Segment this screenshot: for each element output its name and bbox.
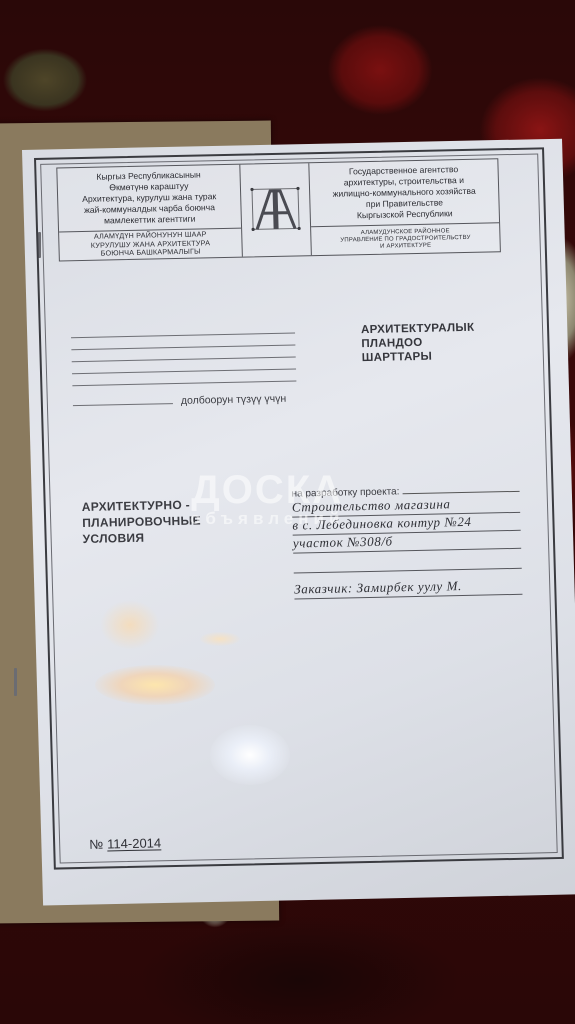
- light-glare: [200, 632, 240, 646]
- kyrgyz-district-office: АЛАМҮДҮН РАЙОНУНУН ШААР КУРУЛУШУ ЖАНА АР…: [59, 228, 242, 261]
- blank-line: [72, 369, 296, 375]
- kyrgyz-title: АРХИТЕКТУРАЛЫК ПЛАНДОО ШАРТТАРЫ: [361, 321, 475, 365]
- blank-line: [71, 345, 295, 351]
- blank-line: [73, 403, 173, 406]
- light-glare: [95, 665, 215, 705]
- project-details: на разработку проекта: Строительство маг…: [291, 484, 522, 600]
- russian-agency-name: Государственное агентство архитектуры, с…: [309, 159, 499, 226]
- project-line: участок №308/б: [293, 531, 522, 554]
- number-value: 114-2014: [107, 835, 161, 851]
- kyrgyz-agency-name: Кыргыз Республикасынын Өкмөтүнө караштуу…: [57, 165, 241, 232]
- russian-district-office: АЛАМУДУНСКОЕ РАЙОННОЕ УПРАВЛЕНИЕ ПО ГРАД…: [311, 222, 500, 255]
- russian-title: АРХИТЕКТУРНО - ПЛАНИРОВОЧНЫЕ УСЛОВИЯ: [82, 497, 202, 547]
- light-glare: [210, 725, 290, 785]
- label-underline: [402, 491, 519, 494]
- document-frame: Кыргыз Республикасынын Өкмөтүнө караштуу…: [34, 147, 564, 869]
- kyrgyz-purpose-text: долбоорун түзүү үчүн: [181, 393, 287, 407]
- header-logo-column: [240, 163, 312, 256]
- project-blank-line: [293, 551, 522, 574]
- binder-hole-bottom: [14, 668, 17, 696]
- number-sign: №: [89, 837, 103, 852]
- header-russian-column: Государственное агентство архитектуры, с…: [309, 159, 500, 255]
- light-glare: [100, 600, 160, 650]
- document-number: №114-2014: [89, 835, 161, 851]
- blank-line: [72, 357, 296, 363]
- header-table: Кыргыз Республикасынын Өкмөтүнө караштуу…: [56, 158, 501, 261]
- blank-lines-block: долбоорун түзүү үчүн: [71, 333, 297, 410]
- header-kyrgyz-column: Кыргыз Республикасынын Өкмөтүнө караштуу…: [57, 165, 243, 261]
- blank-line: [72, 381, 296, 387]
- aa-logo-icon: [248, 182, 304, 237]
